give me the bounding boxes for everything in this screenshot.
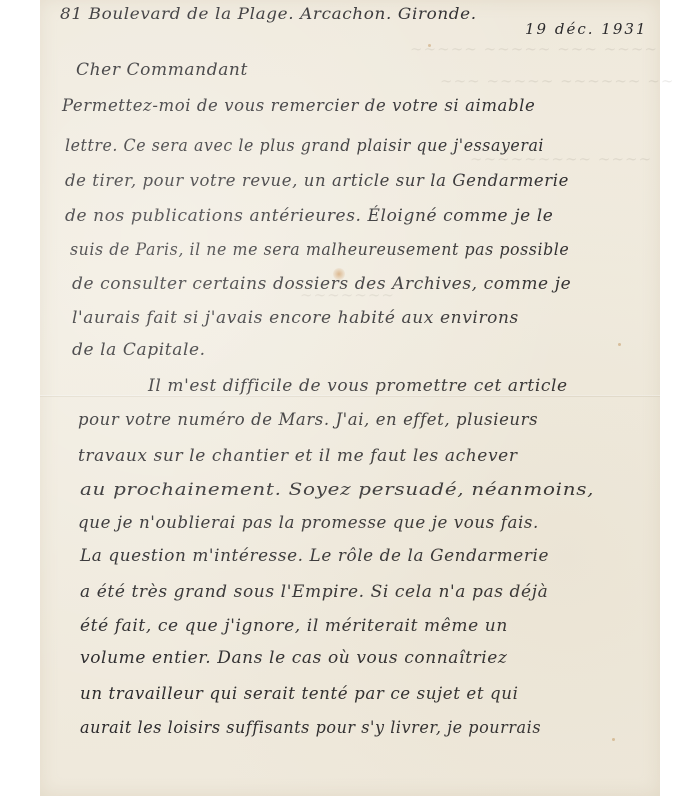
letter-date: 19 déc. 1931 <box>525 20 647 38</box>
letter-line: un travailleur qui serait tenté par ce s… <box>80 684 519 704</box>
letter-line: que je n'oublierai pas la promesse que j… <box>78 513 539 533</box>
letter-line: au prochainement. Soyez persuadé, néanmo… <box>80 480 594 500</box>
letter-line: été fait, ce que j'ignore, il mériterait… <box>80 616 508 636</box>
bleed-through: ∼∼∼∼∼ ∼∼∼∼∼ ∼∼∼ ∼∼∼∼ <box>410 40 658 58</box>
letter-line: volume entier. Dans le cas où vous conna… <box>80 648 507 668</box>
letter-line: lettre. Ce sera avec le plus grand plais… <box>65 136 544 156</box>
letter-line: suis de Paris, il ne me sera malheureuse… <box>70 240 569 260</box>
letter-paper: ∼∼∼∼∼ ∼∼∼∼∼ ∼∼∼ ∼∼∼∼ ∼∼∼ ∼∼∼∼∼ ∼∼∼∼∼∼ ∼∼… <box>40 0 660 796</box>
letter-line: La question m'intéresse. Le rôle de la G… <box>80 546 549 566</box>
bleed-through: ∼∼∼ ∼∼∼∼∼ ∼∼∼∼∼∼ ∼∼ <box>440 72 674 90</box>
letter-address: 81 Boulevard de la Plage. Arcachon. Giro… <box>60 4 477 23</box>
letter-line: de la Capitale. <box>72 340 206 360</box>
paper-speck <box>618 343 621 346</box>
letter-line: a été très grand sous l'Empire. Si cela … <box>80 582 548 602</box>
letter-line: de consulter certains dossiers des Archi… <box>72 274 571 294</box>
letter-line: travaux sur le chantier et il me faut le… <box>78 446 518 466</box>
letter-line: pour votre numéro de Mars. J'ai, en effe… <box>78 410 538 430</box>
letter-line: l'aurais fait si j'avais encore habité a… <box>72 308 519 328</box>
letter-line: de nos publications antérieures. Éloigné… <box>65 206 553 226</box>
letter-line: Permettez-moi de vous remercier de votre… <box>62 96 535 116</box>
letter-line: Il m'est difficile de vous promettre cet… <box>148 376 568 396</box>
paper-speck <box>612 738 615 741</box>
letter-line: aurait les loisirs suffisants pour s'y l… <box>80 718 541 738</box>
letter-line: de tirer, pour votre revue, un article s… <box>65 171 569 191</box>
letter-salutation: Cher Commandant <box>76 60 248 80</box>
